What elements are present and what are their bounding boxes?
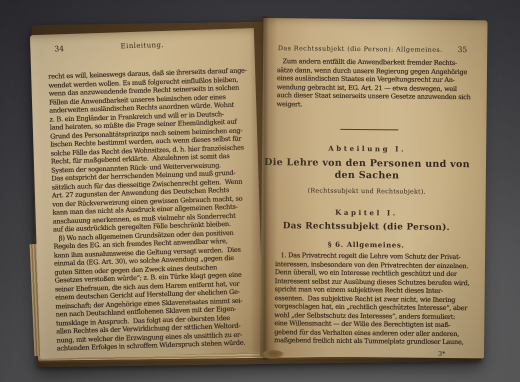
open-book: 34 Einleitung. recht es will, keineswegs…	[26, 4, 484, 370]
signature-mark: 3*	[438, 350, 445, 358]
gutter-tear	[262, 350, 284, 359]
paragraph-heading: § 6. Allgemeines.	[261, 239, 471, 250]
chapter-title: Die Lehre von den Personen und von den S…	[262, 157, 472, 183]
kapitel-title: Das Rechtssubjekt (die Person).	[261, 221, 471, 233]
right-intro-paragraph: Zum andern entfällt die Anwendbarkeit fr…	[277, 57, 471, 110]
left-page-body: recht es will, keineswegs daraus, daß si…	[48, 66, 255, 353]
right-page: Das Rechtssubjekt (die Person): Allgemei…	[260, 18, 488, 358]
kapitel-heading: Kapitel I.	[261, 207, 471, 218]
chapter-subtitle: (Rechtssubjekt und Rechtsobjekt).	[262, 186, 472, 196]
right-page-body: 1. Das Privatrecht regelt die Lehre vom …	[274, 251, 470, 347]
right-page-number: 35	[458, 45, 468, 54]
section-heading: Abteilung I.	[262, 143, 472, 154]
photo-of-open-book: { "colors": { "backdrop": "#46464a", "pa…	[0, 0, 520, 382]
left-running-head: Einleitung.	[30, 38, 254, 53]
right-running-head: Das Rechtssubjekt (die Person): Allgemei…	[263, 44, 457, 54]
left-page: 34 Einleitung. recht es will, keineswegs…	[30, 28, 264, 359]
section-divider	[340, 129, 398, 131]
